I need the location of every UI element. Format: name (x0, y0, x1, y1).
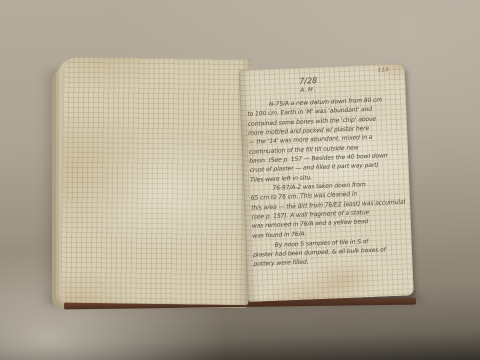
right-page-handwritten: 113 7/28 A.M. N-75/A a new datum down fr… (239, 64, 414, 302)
page-number: 113 (378, 67, 389, 73)
handwritten-text-block: N-75/A a new datum down from 80 cm to 10… (247, 95, 408, 270)
open-notebook: 113 7/28 A.M. N-75/A a new datum down fr… (52, 50, 424, 312)
photo-table-surface: 113 7/28 A.M. N-75/A a new datum down fr… (0, 0, 480, 360)
left-page-blank-grid (60, 57, 251, 306)
